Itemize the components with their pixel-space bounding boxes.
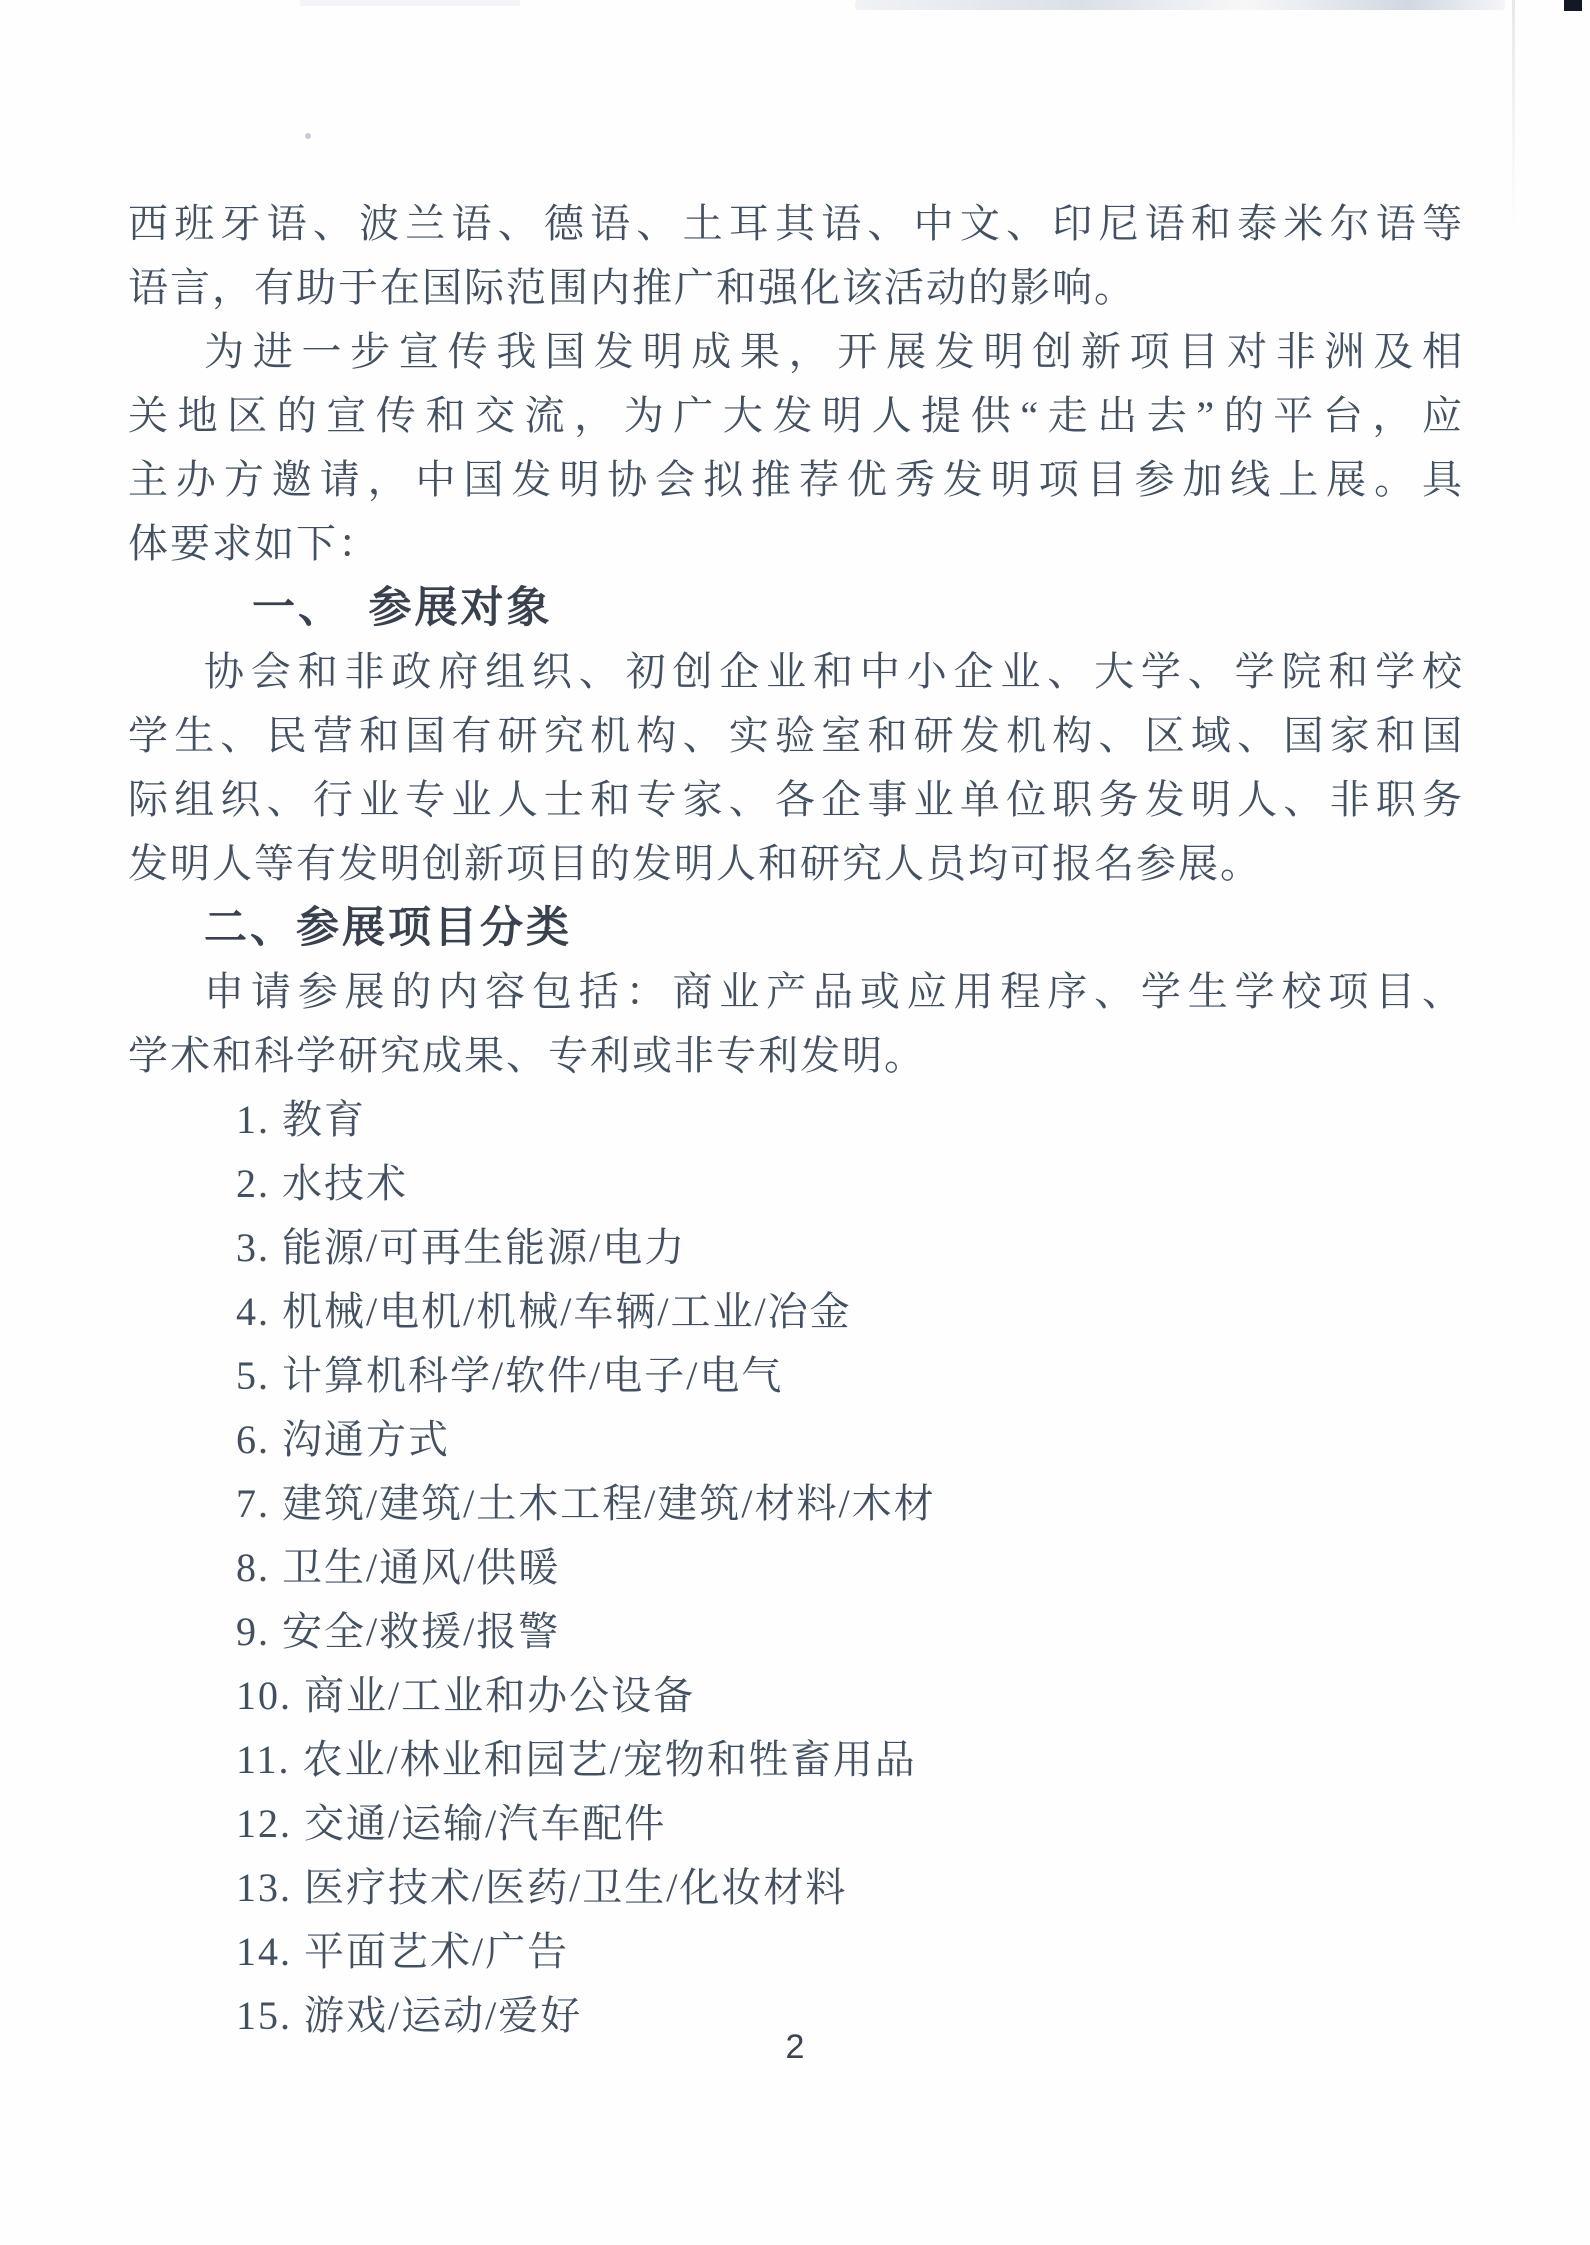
category-item: 13. 医疗技术/医药/卫生/化妆材料 <box>128 1856 1462 1920</box>
category-item: 4. 机械/电机/机械/车辆/工业/冶金 <box>128 1280 1462 1344</box>
paragraph-line: 主办方邀请，中国发明协会拟推荐优秀发明项目参加线上展。具 <box>128 448 1462 512</box>
paragraph-line: 申请参展的内容包括：商业产品或应用程序、学生学校项目、 <box>128 960 1462 1024</box>
paragraph-line: 关地区的宣传和交流，为广大发明人提供“走出去”的平台，应 <box>128 384 1462 448</box>
paragraph-line: 体要求如下： <box>128 512 1462 576</box>
paragraph-line: 语言，有助于在国际范围内推广和强化该活动的影响。 <box>128 256 1462 320</box>
category-item: 12. 交通/运输/汽车配件 <box>128 1792 1462 1856</box>
scan-dot <box>305 133 311 139</box>
paragraph-line: 发明人等有发明创新项目的发明人和研究人员均可报名参展。 <box>128 832 1462 896</box>
category-item: 11. 农业/林业和园艺/宠物和牲畜用品 <box>128 1728 1462 1792</box>
category-item: 7. 建筑/建筑/土木工程/建筑/材料/木材 <box>128 1472 1462 1536</box>
category-item: 14. 平面艺术/广告 <box>128 1920 1462 1984</box>
document-text-block: 西班牙语、波兰语、德语、土耳其语、中文、印尼语和泰米尔语等 语言，有助于在国际范… <box>128 192 1462 2048</box>
paragraph-line: 西班牙语、波兰语、德语、土耳其语、中文、印尼语和泰米尔语等 <box>128 192 1462 256</box>
paragraph-line: 学生、民营和国有研究机构、实验室和研发机构、区域、国家和国 <box>128 704 1462 768</box>
scan-corner-mark <box>1564 0 1582 11</box>
category-item: 3. 能源/可再生能源/电力 <box>128 1216 1462 1280</box>
scan-streak <box>1512 0 1515 230</box>
category-item: 5. 计算机科学/软件/电子/电气 <box>128 1344 1462 1408</box>
category-item: 2. 水技术 <box>128 1152 1462 1216</box>
section-heading-2: 二、参展项目分类 <box>128 896 1462 960</box>
scan-smudge-top <box>855 0 1505 10</box>
scan-smudge-top-left <box>300 0 520 6</box>
section-heading-1: 一、 参展对象 <box>128 576 1462 640</box>
category-item: 9. 安全/救援/报警 <box>128 1600 1462 1664</box>
paragraph-line: 际组织、行业专业人士和专家、各企事业单位职务发明人、非职务 <box>128 768 1462 832</box>
paragraph-line: 协会和非政府组织、初创企业和中小企业、大学、学院和学校 <box>128 640 1462 704</box>
paragraph-line: 为进一步宣传我国发明成果，开展发明创新项目对非洲及相 <box>128 320 1462 384</box>
category-item: 6. 沟通方式 <box>128 1408 1462 1472</box>
category-item: 8. 卫生/通风/供暖 <box>128 1536 1462 1600</box>
category-item: 1. 教育 <box>128 1088 1462 1152</box>
paragraph-line: 学术和科学研究成果、专利或非专利发明。 <box>128 1024 1462 1088</box>
page-number: 2 <box>0 2028 1590 2067</box>
scanned-document-page: 西班牙语、波兰语、德语、土耳其语、中文、印尼语和泰米尔语等 语言，有助于在国际范… <box>0 0 1590 2245</box>
category-item: 10. 商业/工业和办公设备 <box>128 1664 1462 1728</box>
